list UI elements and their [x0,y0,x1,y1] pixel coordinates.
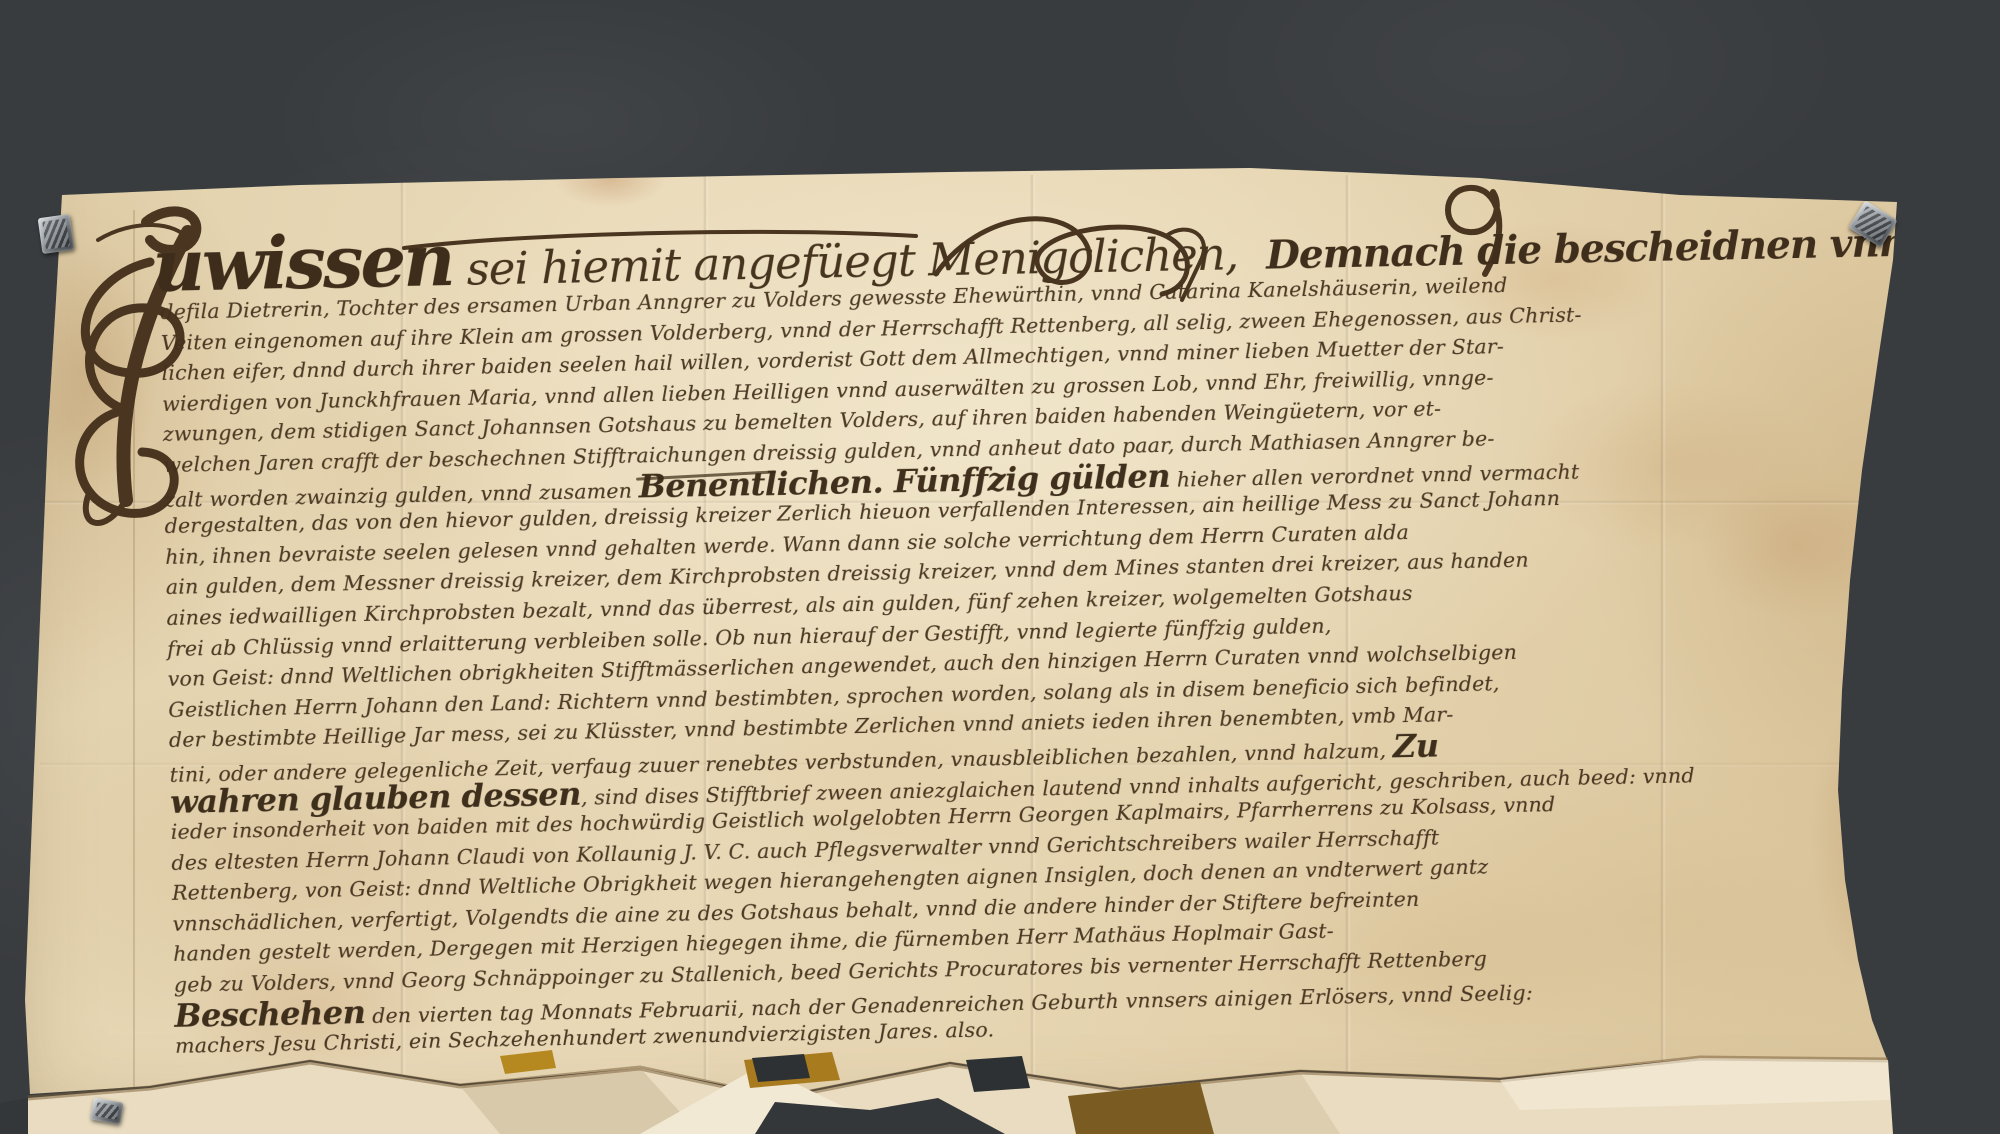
seal-slit [752,1054,810,1082]
seal-tag-fragment [500,1050,556,1074]
seal-slit [966,1056,1030,1092]
tear-gap [0,1098,28,1134]
manuscript-photo: uwissen sei hiemit angefüegt Menigcliche… [0,0,2000,1134]
metal-clip-icon [38,214,75,254]
parchment-fold-overlay [0,0,2000,1134]
